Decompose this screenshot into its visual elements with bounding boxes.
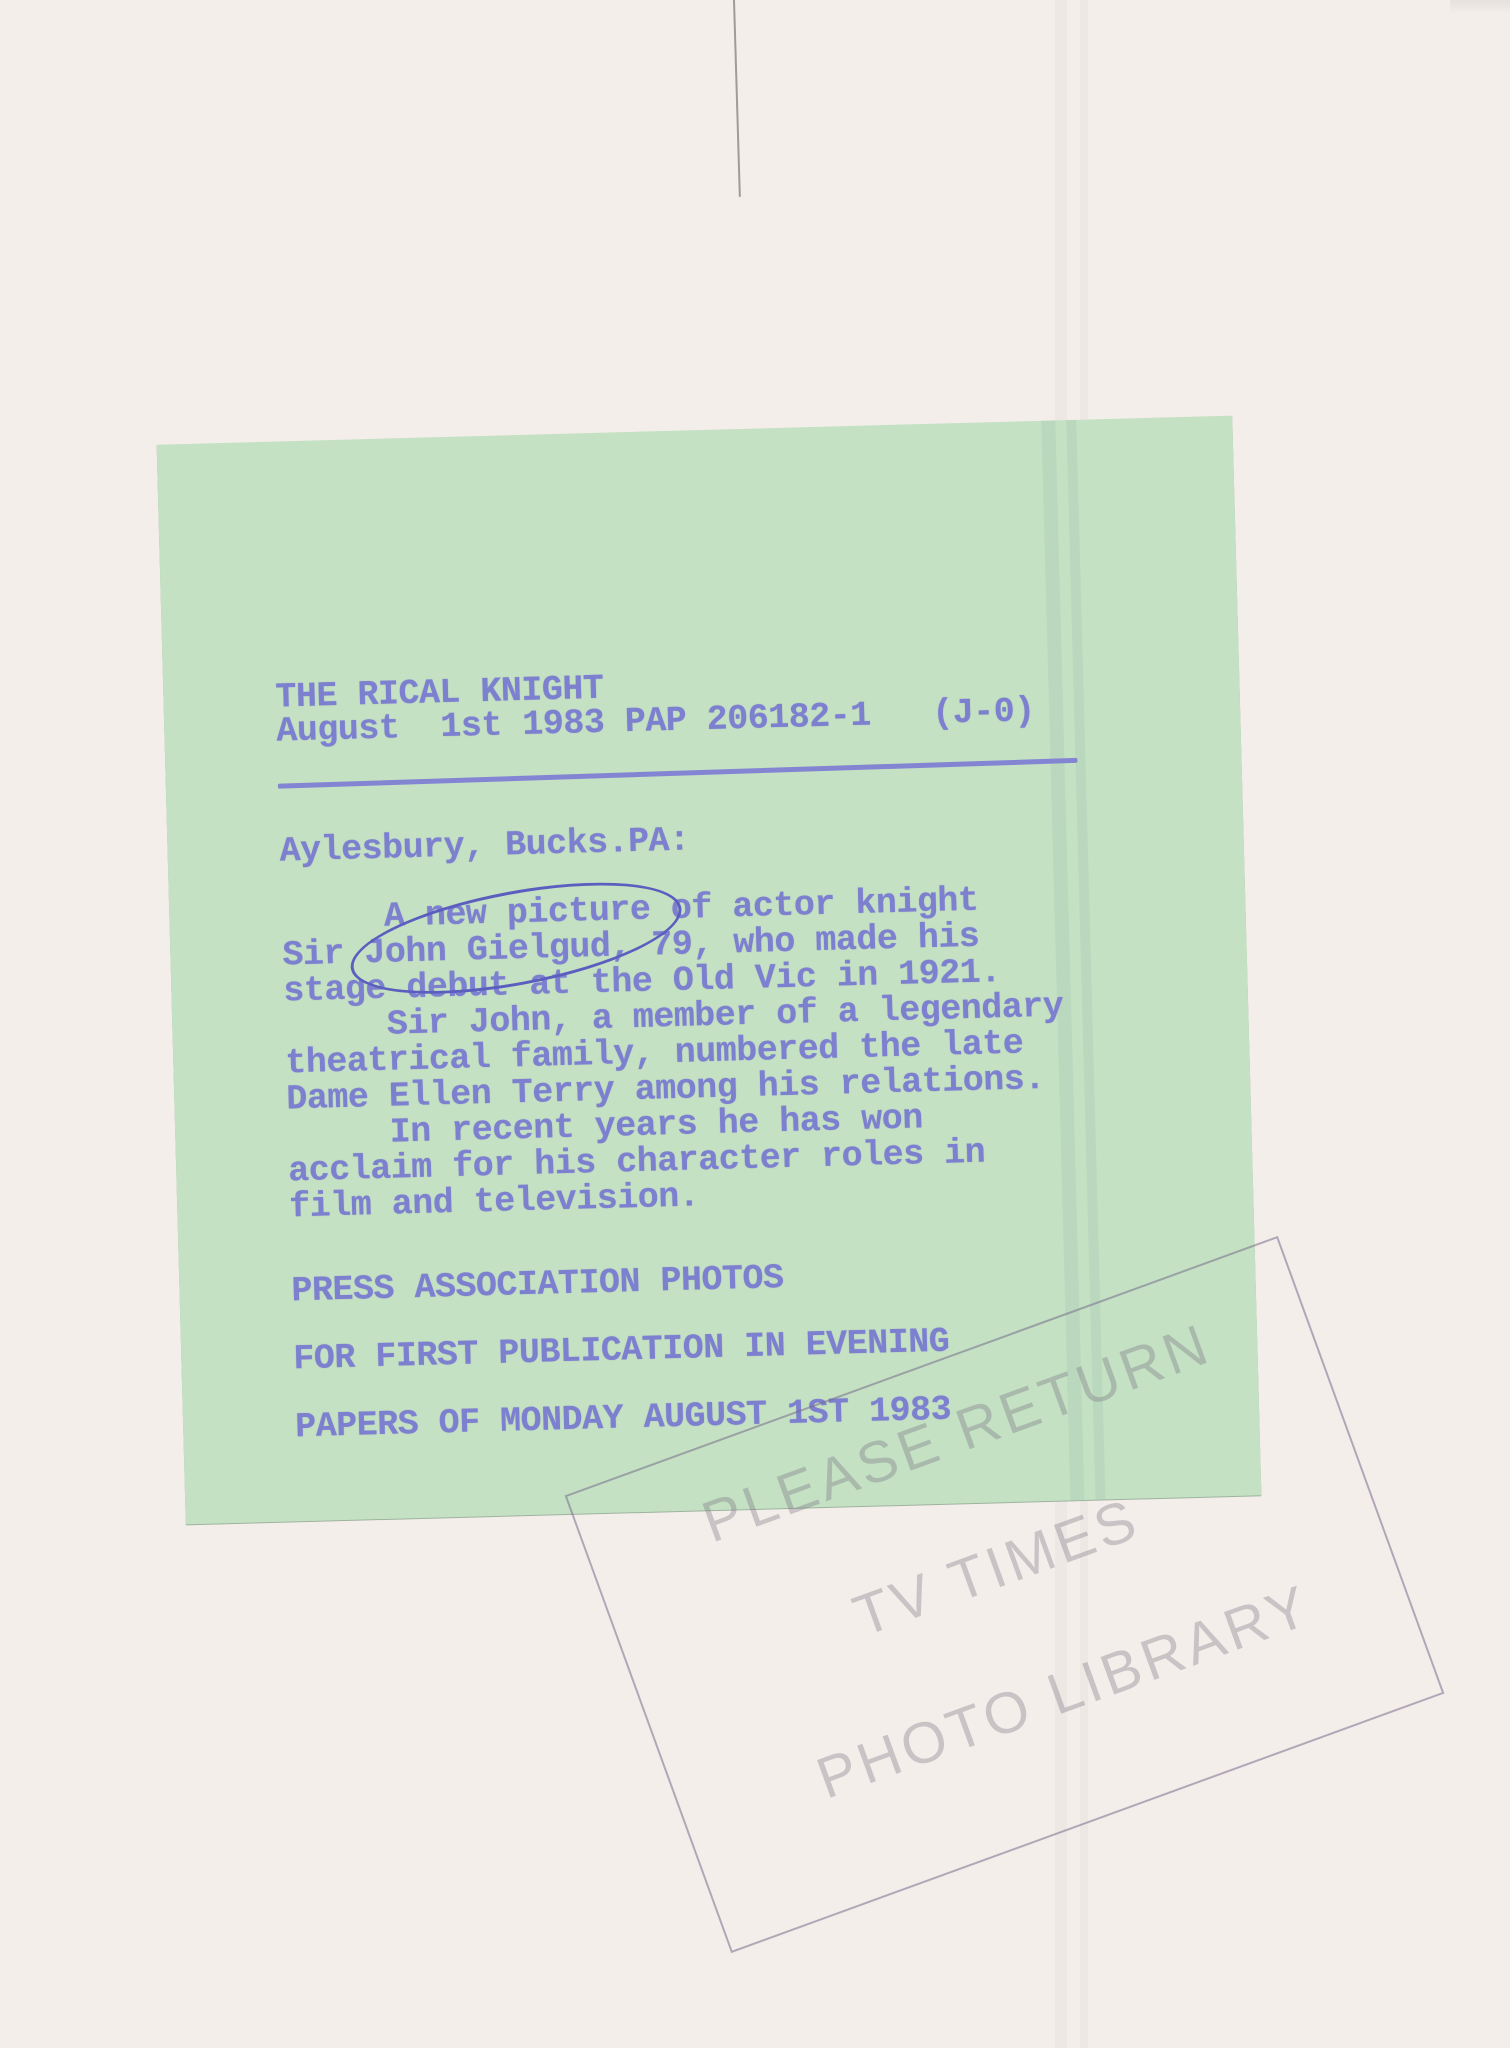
pencil-mark [733,0,741,197]
caption-location: Aylesbury, Bucks.PA: [279,822,690,869]
embargo-line-1: FOR FIRST PUBLICATION IN EVENING [293,1324,950,1378]
header-underline [278,758,1078,789]
stamp-line-2: TV TIMES [845,1485,1148,1650]
agency-credit: PRESS ASSOCIATION PHOTOS [291,1260,784,1309]
body-line: film and television. [289,1178,700,1225]
paper-corner-shade [1450,0,1510,14]
